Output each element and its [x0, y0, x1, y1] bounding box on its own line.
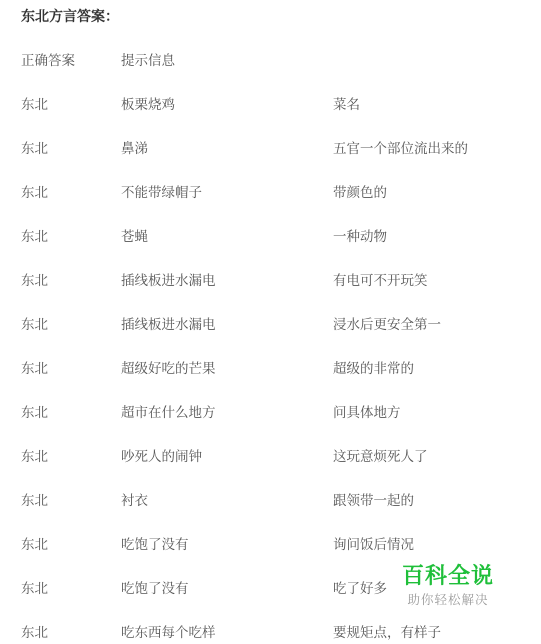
header-hint-info: 提示信息	[121, 51, 175, 71]
cell-note: 这玩意烦死人了	[333, 447, 428, 467]
cell-note: 菜名	[333, 95, 360, 115]
cell-answer: 东北	[21, 447, 48, 467]
cell-note: 跟领带一起的	[333, 491, 414, 511]
cell-note: 吃了好多	[333, 579, 387, 599]
table-row: 东北 吃饱了没有 询问饭后情况	[0, 535, 541, 555]
cell-answer: 东北	[21, 315, 48, 335]
cell-note: 有电可不开玩笑	[333, 271, 428, 291]
cell-answer: 东北	[21, 491, 48, 511]
cell-hint: 吵死人的闹钟	[121, 447, 202, 467]
cell-hint: 苍蝇	[121, 227, 148, 247]
cell-hint: 不能带绿帽子	[121, 183, 202, 203]
table-row: 东北 鼻涕 五官一个部位流出来的	[0, 139, 541, 159]
cell-note: 五官一个部位流出来的	[333, 139, 468, 159]
page-title: 东北方言答案：	[21, 8, 119, 26]
cell-hint: 鼻涕	[121, 139, 148, 159]
cell-note: 要规矩点，有样子	[333, 623, 441, 643]
table-row: 东北 超级好吃的芒果 超级的非常的	[0, 359, 541, 379]
cell-answer: 东北	[21, 579, 48, 599]
header-correct-answer: 正确答案	[21, 51, 75, 71]
table-header-row: 正确答案 提示信息	[0, 51, 541, 71]
table-row: 东北 插线板进水漏电 浸水后更安全第一	[0, 315, 541, 335]
cell-hint: 吃饱了没有	[121, 579, 189, 599]
cell-answer: 东北	[21, 271, 48, 291]
cell-hint: 板栗烧鸡	[121, 95, 175, 115]
watermark-brand: 百科全说	[392, 563, 504, 591]
cell-answer: 东北	[21, 403, 48, 423]
cell-hint: 超级好吃的芒果	[121, 359, 216, 379]
cell-answer: 东北	[21, 535, 48, 555]
cell-note: 问具体地方	[333, 403, 401, 423]
cell-answer: 东北	[21, 359, 48, 379]
cell-note: 询问饭后情况	[333, 535, 414, 555]
cell-hint: 吃东西每个吃样	[121, 623, 216, 643]
table-row: 东北 板栗烧鸡 菜名	[0, 95, 541, 115]
table-row: 东北 苍蝇 一种动物	[0, 227, 541, 247]
table-row: 东北 不能带绿帽子 带颜色的	[0, 183, 541, 203]
cell-answer: 东北	[21, 95, 48, 115]
cell-answer: 东北	[21, 623, 48, 643]
cell-hint: 插线板进水漏电	[121, 315, 216, 335]
table-row: 东北 吵死人的闹钟 这玩意烦死人了	[0, 447, 541, 467]
cell-note: 浸水后更安全第一	[333, 315, 441, 335]
cell-hint: 超市在什么地方	[121, 403, 216, 423]
cell-note: 一种动物	[333, 227, 387, 247]
table-row: 东北 插线板进水漏电 有电可不开玩笑	[0, 271, 541, 291]
cell-hint: 吃饱了没有	[121, 535, 189, 555]
cell-note: 带颜色的	[333, 183, 387, 203]
cell-answer: 东北	[21, 227, 48, 247]
watermark-slogan: 助你轻松解决	[392, 591, 504, 609]
table-row: 东北 超市在什么地方 问具体地方	[0, 403, 541, 423]
cell-note: 超级的非常的	[333, 359, 414, 379]
cell-answer: 东北	[21, 139, 48, 159]
table-row: 东北 吃东西每个吃样 要规矩点，有样子	[0, 623, 541, 643]
table-row: 东北 衬衣 跟领带一起的	[0, 491, 541, 511]
cell-hint: 插线板进水漏电	[121, 271, 216, 291]
cell-answer: 东北	[21, 183, 48, 203]
cell-hint: 衬衣	[121, 491, 148, 511]
watermark-logo: 百科全说 助你轻松解决	[392, 563, 504, 615]
